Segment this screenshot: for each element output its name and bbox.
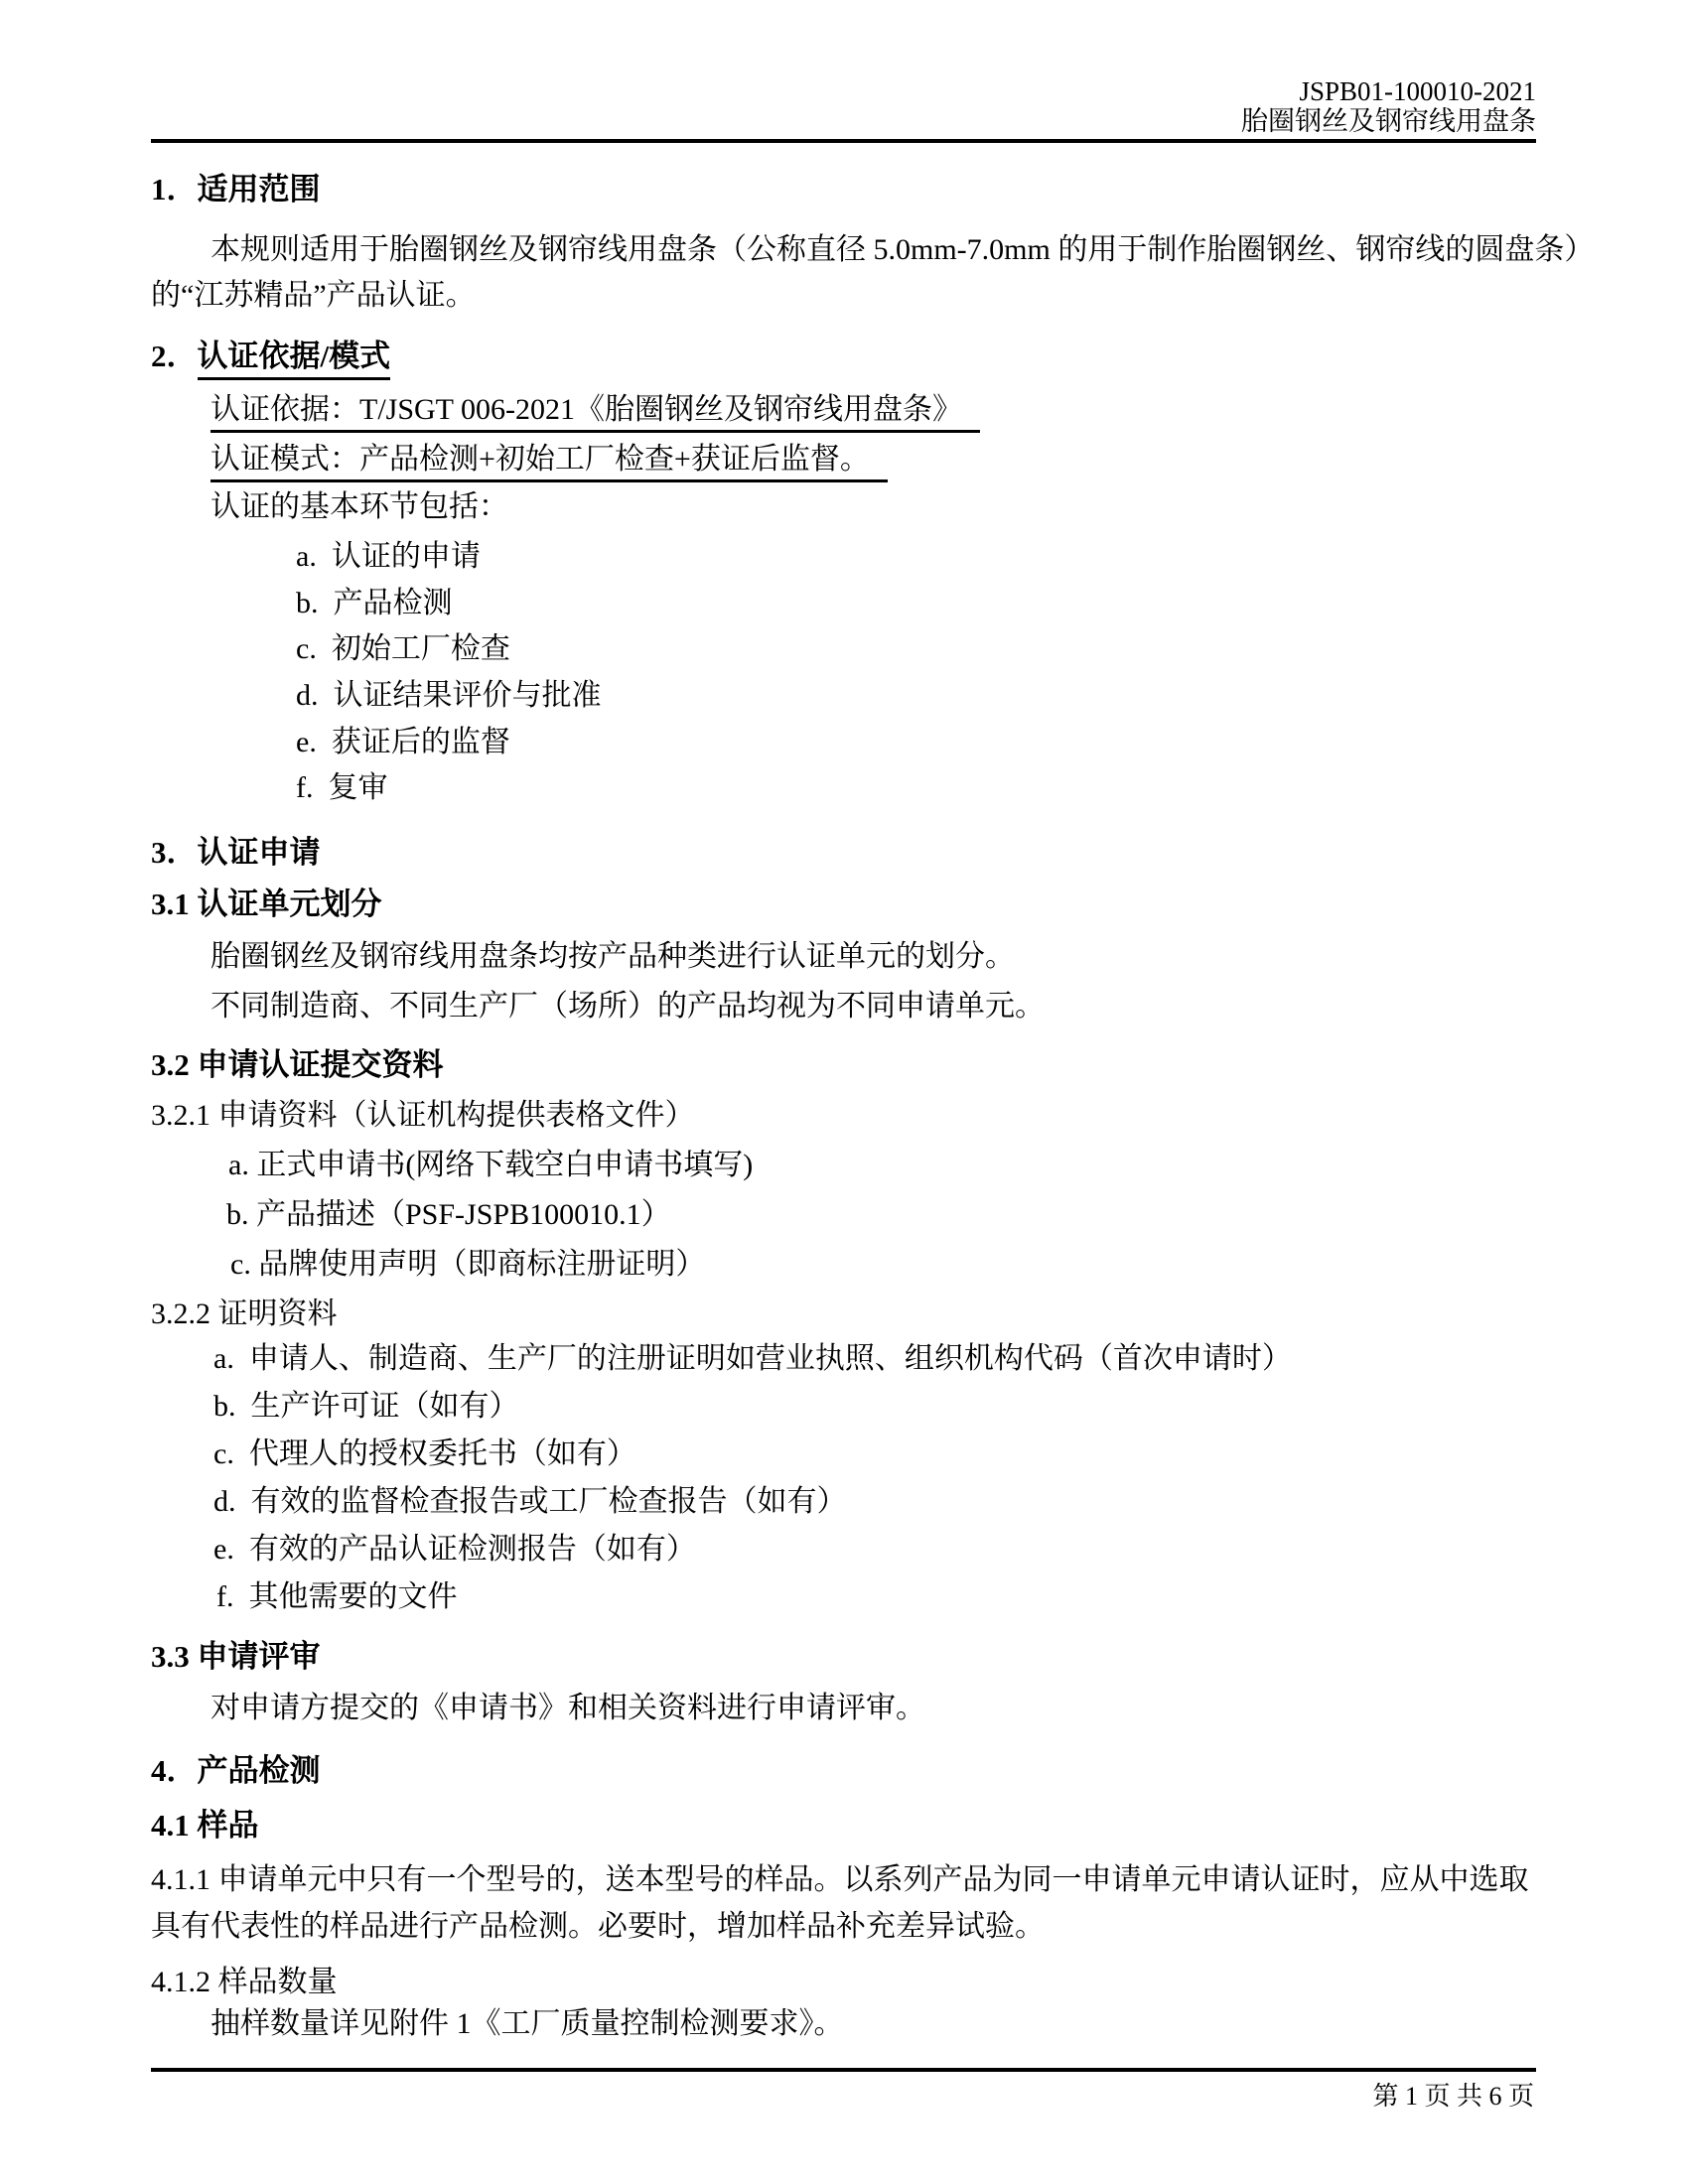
section-3-3-line-1: 对申请方提交的《申请书》和相关资料进行申请评审。 <box>211 1690 925 1727</box>
section-4-1-heading: 4.1 样品 <box>151 1807 259 1844</box>
proof-doc-item-e: e. 有效的产品认证检测报告（如有） <box>213 1531 696 1569</box>
step-item-e: e. 获证后的监督 <box>296 724 510 761</box>
proof-doc-item-d: d. 有效的监督检查报告或工厂检查报告（如有） <box>213 1483 847 1521</box>
application-doc-item-c: c. 品牌使用声明（即商标注册证明） <box>230 1246 705 1284</box>
step-item-d: d. 认证结果评价与批准 <box>296 677 602 715</box>
section-3-1-heading: 3.1 认证单元划分 <box>151 886 382 923</box>
section-3-2-heading: 3.2 申请认证提交资料 <box>151 1046 444 1084</box>
certification-basis-line: 认证依据：T/JSGT 006-2021《胎圈钢丝及钢帘线用盘条》 <box>211 391 980 429</box>
footer-rule <box>151 2068 1536 2072</box>
section-3-heading: 3．认证申请 <box>151 834 321 872</box>
section-1-paragraph-line-1: 本规则适用于胎圈钢丝及钢帘线用盘条（公称直径 5.0mm-7.0mm 的用于制作… <box>211 231 1594 269</box>
application-doc-item-a: a. 正式申请书(网络下载空白申请书填写) <box>228 1147 753 1184</box>
steps-intro-line: 认证的基本环节包括： <box>211 488 508 526</box>
proof-doc-item-b: b. 生产许可证（如有） <box>213 1388 519 1426</box>
section-2-heading: 2．认证依据/模式 <box>151 338 390 375</box>
header-rule <box>151 139 1536 143</box>
section-1-paragraph-line-2: 的“江苏精品”产品认证。 <box>151 277 476 315</box>
section-4-1-1-line-2: 具有代表性的样品进行产品检测。必要时，增加样品补充差异试验。 <box>151 1908 1045 1946</box>
step-item-a: a. 认证的申请 <box>296 538 481 576</box>
section-4-heading: 4．产品检测 <box>151 1752 321 1790</box>
section-4-1-1-line-1: 4.1.1 申请单元中只有一个型号的，送本型号的样品。以系列产品为同一申请单元申… <box>151 1861 1529 1899</box>
certification-mode-text: 认证模式：产品检测+初始工厂检查+获证后监督。 <box>211 443 888 482</box>
section-4-1-2-heading: 4.1.2 样品数量 <box>151 1964 338 2001</box>
certification-basis-text: 认证依据：T/JSGT 006-2021《胎圈钢丝及钢帘线用盘条》 <box>211 393 980 433</box>
doc-number: JSPB01-100010-2021 <box>1299 75 1536 107</box>
document-page: JSPB01-100010-2021 胎圈钢丝及钢帘线用盘条 1．适用范围 本规… <box>0 0 1688 2184</box>
section-2-title: 认证依据/模式 <box>198 339 391 380</box>
section-3-1-line-2: 不同制造商、不同生产厂（场所）的产品均视为不同申请单元。 <box>211 988 1045 1025</box>
section-3-3-heading: 3.3 申请评审 <box>151 1638 321 1676</box>
proof-doc-item-c: c. 代理人的授权委托书（如有） <box>213 1435 636 1473</box>
section-4-1-2-line-1: 抽样数量详见附件 1《工厂质量控制检测要求》。 <box>211 2005 844 2043</box>
step-item-b: b. 产品检测 <box>296 585 453 622</box>
proof-doc-item-a: a. 申请人、制造商、生产厂的注册证明如营业执照、组织机构代码（首次申请时） <box>213 1340 1292 1378</box>
section-3-2-2-heading: 3.2.2 证明资料 <box>151 1296 338 1333</box>
step-item-c: c. 初始工厂检查 <box>296 630 510 668</box>
page-number: 第 1 页 共 6 页 <box>1372 2078 1534 2116</box>
section-3-1-line-1: 胎圈钢丝及钢帘线用盘条均按产品种类进行认证单元的划分。 <box>211 938 1015 976</box>
certification-mode-line: 认证模式：产品检测+初始工厂检查+获证后监督。 <box>211 441 888 478</box>
doc-title: 胎圈钢丝及钢帘线用盘条 <box>1241 105 1536 137</box>
section-2-number: 2． <box>151 339 198 373</box>
application-doc-item-b: b. 产品描述（PSF-JSPB100010.1） <box>226 1196 671 1234</box>
step-item-f: f. 复审 <box>296 769 388 807</box>
section-1-heading: 1．适用范围 <box>151 171 321 208</box>
proof-doc-item-f: f. 其他需要的文件 <box>216 1578 458 1616</box>
section-3-2-1-heading: 3.2.1 申请资料（认证机构提供表格文件） <box>151 1097 695 1135</box>
